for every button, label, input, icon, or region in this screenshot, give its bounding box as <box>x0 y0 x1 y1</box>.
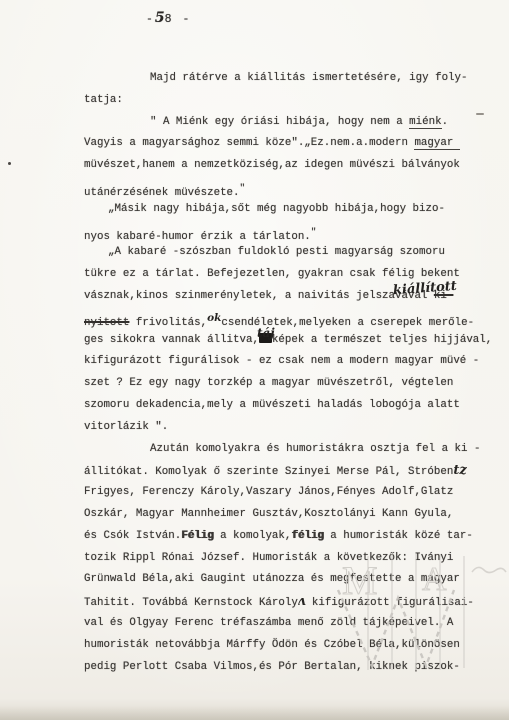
paragraph: Azután komolyakra és humoristákra osztja… <box>84 439 509 679</box>
text-segment: miénk <box>409 116 441 129</box>
typewritten-text-body: Majd rátérve a kiállitás ismertetésére, … <box>0 0 509 678</box>
text-segment: " A Miénk egy óriási hibája, hogy nem a <box>150 116 409 128</box>
text-line: val és Olgyay Ferenc tréfaszámba menő zö… <box>84 613 509 635</box>
text-segment: magyar <box>414 137 459 150</box>
text-segment: kifigurázott figurálisok - ez csak nem a… <box>84 355 479 367</box>
text-line: tozik Rippl Rónai József. Humoristák a k… <box>84 548 509 570</box>
text-segment: képek a természet teljes hijjával, <box>272 334 492 346</box>
ink-speck <box>8 162 11 165</box>
text-segment: és Csók István. <box>84 530 181 542</box>
text-segment: ges sikokra vannak állitva, <box>84 334 259 346</box>
paragraph: Majd rátérve a kiállitás ismertetésére, … <box>84 68 509 112</box>
text-line: és Csók István.Félig a komolyak,félig a … <box>84 526 509 548</box>
document-page: -58 - Majd rátérve a kiállitás ismerteté… <box>0 0 509 720</box>
handwritten-annotation: ok <box>207 312 221 324</box>
text-segment: müvészet,hanem a nemzetköziség,az idegen… <box>84 159 460 171</box>
ink-speck <box>476 113 484 115</box>
paragraph: „Másik nagy hibája,sőt még nagyobb hibáj… <box>84 199 509 243</box>
text-line: Azután komolyakra és humoristákra osztja… <box>84 439 509 461</box>
text-segment: tükre ez a tárlat. Befejezetlen, gyakran… <box>84 268 460 280</box>
text-segment: szet ? Ez egy nagy torzkép a magyar müvé… <box>84 377 453 389</box>
text-segment: Tahitit. Továbbá Kernstock Károly <box>84 597 298 609</box>
paragraph: " A Miénk egy óriási hibája, hogy nem a … <box>84 112 509 199</box>
text-segment: Frigyes, Ferenczy Károly,Vaszary János,F… <box>84 486 453 498</box>
text-line: tatja: <box>84 90 509 112</box>
text-line: müvészet,hanem a nemzetköziség,az idegen… <box>84 155 509 177</box>
handwritten-annotation-text: táj <box>257 323 275 345</box>
text-segment: vitorlázik ". <box>84 421 168 433</box>
handwritten-annotation-text: kiállított <box>393 276 458 302</box>
text-segment: Vagyis a magyarsághoz semmi köze".„Ez.ne… <box>84 137 414 149</box>
strikethrough-text: nyitott <box>84 317 129 329</box>
text-line: nyitott frivolitás,okcsendéletek,melyeke… <box>84 308 509 330</box>
text-line: Vagyis a magyarsághoz semmi köze".„Ez.ne… <box>84 133 509 155</box>
text-segment: Azután komolyakra és humoristákra osztja… <box>150 443 480 455</box>
text-line: vásznak,kinos szinmerényletek, a naivitá… <box>84 286 509 308</box>
text-line: Majd rátérve a kiállitás ismertetésére, … <box>84 68 509 90</box>
text-line: Grünwald Béla,aki Gaugint utánozza és me… <box>84 569 509 591</box>
text-line: humoristák netovábbja Márffy Ödön és Czó… <box>84 635 509 657</box>
text-line: vitorlázik ". <box>84 417 509 439</box>
text-segment: humoristák netovábbja Márffy Ödön és Czó… <box>84 639 460 651</box>
text-segment: tatja: <box>84 94 123 106</box>
text-segment: pedig Perlott Csaba Vilmos,és Pór Bertal… <box>84 661 460 673</box>
text-segment: " <box>311 226 317 237</box>
text-segment: „A kabaré -szószban fuldokló pesti magya… <box>108 246 445 258</box>
text-segment: Grünwald Béla,aki Gaugint utánozza és me… <box>84 573 460 585</box>
handwritten-annotation: tz <box>453 463 466 478</box>
text-segment: " <box>240 182 246 193</box>
text-segment: a komolyak, <box>214 530 292 542</box>
text-segment: nyos kabaré-humor érzik a tárlaton. <box>84 231 311 243</box>
text-line: nyos kabaré-humor érzik a tárlaton." <box>84 221 509 243</box>
text-segment: „Másik nagy hibája,sőt még nagyobb hibáj… <box>108 203 445 215</box>
text-line: szomoru dekadencia,mely a müvészeti hala… <box>84 395 509 417</box>
text-segment: szomoru dekadencia,mely a müvészeti hala… <box>84 399 460 411</box>
text-segment: Félig <box>181 530 213 542</box>
text-line: szet ? Ez egy nagy torzkép a magyar müvé… <box>84 373 509 395</box>
text-line: " A Miénk egy óriási hibája, hogy nem a … <box>84 112 509 134</box>
text-segment: frivolitás, <box>129 317 207 329</box>
paragraph: „A kabaré -szószban fuldokló pesti magya… <box>84 242 509 438</box>
text-line: Frigyes, Ferenczy Károly,Vaszary János,F… <box>84 482 509 504</box>
text-line: pedig Perlott Csaba Vilmos,és Pór Bertal… <box>84 657 509 679</box>
text-segment: a humoristák közé tar- <box>324 530 473 542</box>
text-segment: félig <box>291 530 323 542</box>
text-line: utánérzésének müvészete." <box>84 177 509 199</box>
text-line: ges sikokra vannak állitva,tájképek a te… <box>84 330 509 352</box>
text-line: állitókat. Komolyak ő szerinte Szinyei M… <box>84 460 509 482</box>
text-line: „Másik nagy hibája,sőt még nagyobb hibáj… <box>84 199 509 221</box>
text-segment: kifigurázott figurálisai- <box>305 597 473 609</box>
text-line: Tahitit. Továbbá Kernstock Károlyʌ kifig… <box>84 591 509 613</box>
text-segment: Majd rátérve a kiállitás ismertetésére, … <box>150 72 467 84</box>
text-segment: állitókat. Komolyak ő szerinte Szinyei M… <box>84 466 453 478</box>
text-segment: tozik Rippl Rónai József. Humoristák a k… <box>84 552 453 564</box>
text-line: „A kabaré -szószban fuldokló pesti magya… <box>84 242 509 264</box>
text-line: Oszkár, Magyar Mannheimer Gusztáv,Koszto… <box>84 504 509 526</box>
text-segment: Oszkár, Magyar Mannheimer Gusztáv,Koszto… <box>84 508 453 520</box>
text-line: kifigurázott figurálisok - ez csak nem a… <box>84 351 509 373</box>
text-segment: val és Olgyay Ferenc tréfaszámba menő zö… <box>84 617 453 629</box>
text-segment: vásznak,kinos szinmerényletek, a naivitá… <box>84 290 434 302</box>
text-segment: utánérzésének müvészete. <box>84 187 240 199</box>
text-segment: . <box>442 116 448 128</box>
